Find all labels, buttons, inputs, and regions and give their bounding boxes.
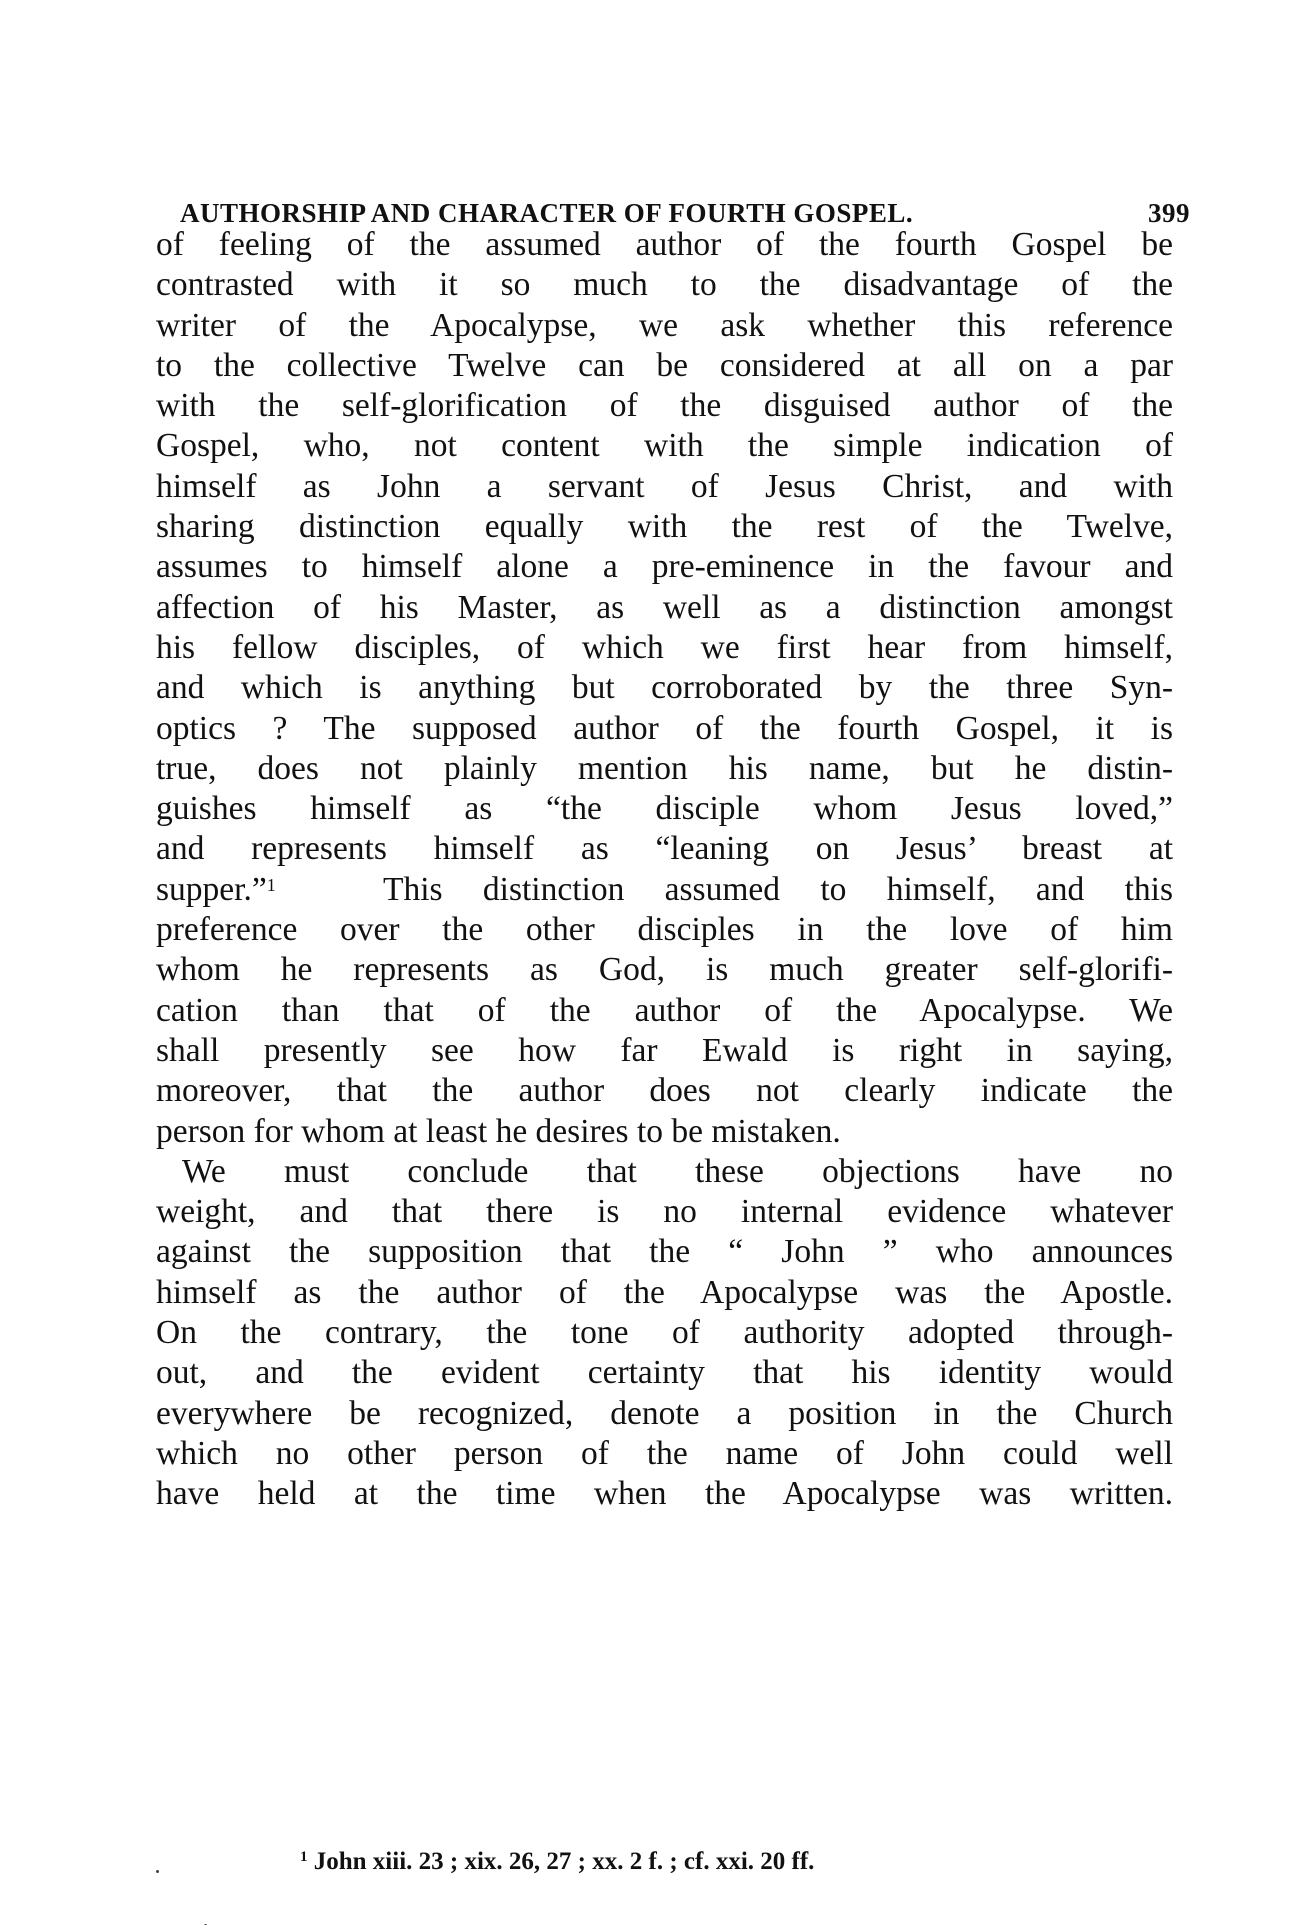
- text-line: assumes to himself alone a pre-eminence …: [156, 547, 1173, 587]
- text-line: moreover, that the author does not clear…: [156, 1071, 1173, 1111]
- footnote-reference: 1: [267, 875, 276, 895]
- text-line: against the supposition that the “ John …: [156, 1232, 1173, 1272]
- text-line: to the collective Twelve can be consider…: [156, 346, 1173, 386]
- text-line: have held at the time when the Apocalyps…: [156, 1474, 1173, 1514]
- footnote-text: John xiii. 23 ; xix. 26, 27 ; xx. 2 f. ;…: [314, 1848, 815, 1875]
- text-line: everywhere be recognized, denote a posit…: [156, 1394, 1173, 1434]
- body-text: of feeling of the assumed author of the …: [156, 225, 1173, 1515]
- text-fragment: supper.”: [156, 871, 267, 908]
- text-line: himself as the author of the Apocalypse …: [156, 1273, 1173, 1313]
- text-line: which no other person of the name of Joh…: [156, 1434, 1173, 1474]
- text-line: with the self-glorification of the disgu…: [156, 386, 1173, 426]
- text-line: sharing distinction equally with the res…: [156, 507, 1173, 547]
- text-line: optics ? The supposed author of the four…: [156, 709, 1173, 749]
- text-line: weight, and that there is no internal ev…: [156, 1192, 1173, 1232]
- text-line-with-footnote: supper.”1 This distinction assumed to hi…: [156, 870, 1173, 910]
- text-line: guishes himself as “the disciple whom Je…: [156, 789, 1173, 829]
- footnote-marker: 1: [300, 1849, 308, 1865]
- text-line: contrasted with it so much to the disadv…: [156, 265, 1173, 305]
- text-line: out, and the evident certainty that his …: [156, 1353, 1173, 1393]
- text-line: whom he represents as God, is much great…: [156, 950, 1173, 990]
- text-line: and represents himself as “leaning on Je…: [156, 829, 1173, 869]
- text-line: On the contrary, the tone of authority a…: [156, 1313, 1173, 1353]
- text-line: preference over the other disciples in t…: [156, 910, 1173, 950]
- text-line: cation than that of the author of the Ap…: [156, 991, 1173, 1031]
- text-fragment: This distinction assumed to himself, and…: [383, 870, 1173, 910]
- text-line: We must conclude that these objections h…: [156, 1152, 1173, 1192]
- text-line: affection of his Master, as well as a di…: [156, 588, 1173, 628]
- text-line: Gospel, who, not content with the simple…: [156, 426, 1173, 466]
- text-line: his fellow disciples, of which we first …: [156, 628, 1173, 668]
- text-line: shall presently see how far Ewald is rig…: [156, 1031, 1173, 1071]
- text-line: himself as John a servant of Jesus Chris…: [156, 467, 1173, 507]
- text-line: true, does not plainly mention his name,…: [156, 749, 1173, 789]
- text-line: person for whom at least he desires to b…: [156, 1112, 1173, 1152]
- footnote: 1 John xiii. 23 ; xix. 26, 27 ; xx. 2 f.…: [300, 1848, 814, 1876]
- text-line: and which is anything but corroborated b…: [156, 668, 1173, 708]
- scan-speck: [156, 1870, 159, 1873]
- text-line: writer of the Apocalypse, we ask whether…: [156, 306, 1173, 346]
- text-line: of feeling of the assumed author of the …: [156, 225, 1173, 265]
